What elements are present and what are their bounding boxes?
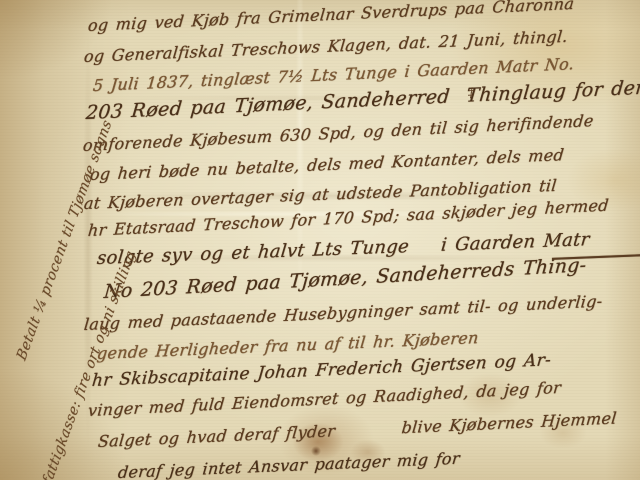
insertion-mark: ‡	[468, 86, 475, 101]
manuscript-page: og mig ved Kjøb fra Grimelnar Sverdrups …	[0, 0, 640, 480]
handwriting-line: deraf jeg intet Ansvar paatager mig for	[117, 449, 461, 480]
